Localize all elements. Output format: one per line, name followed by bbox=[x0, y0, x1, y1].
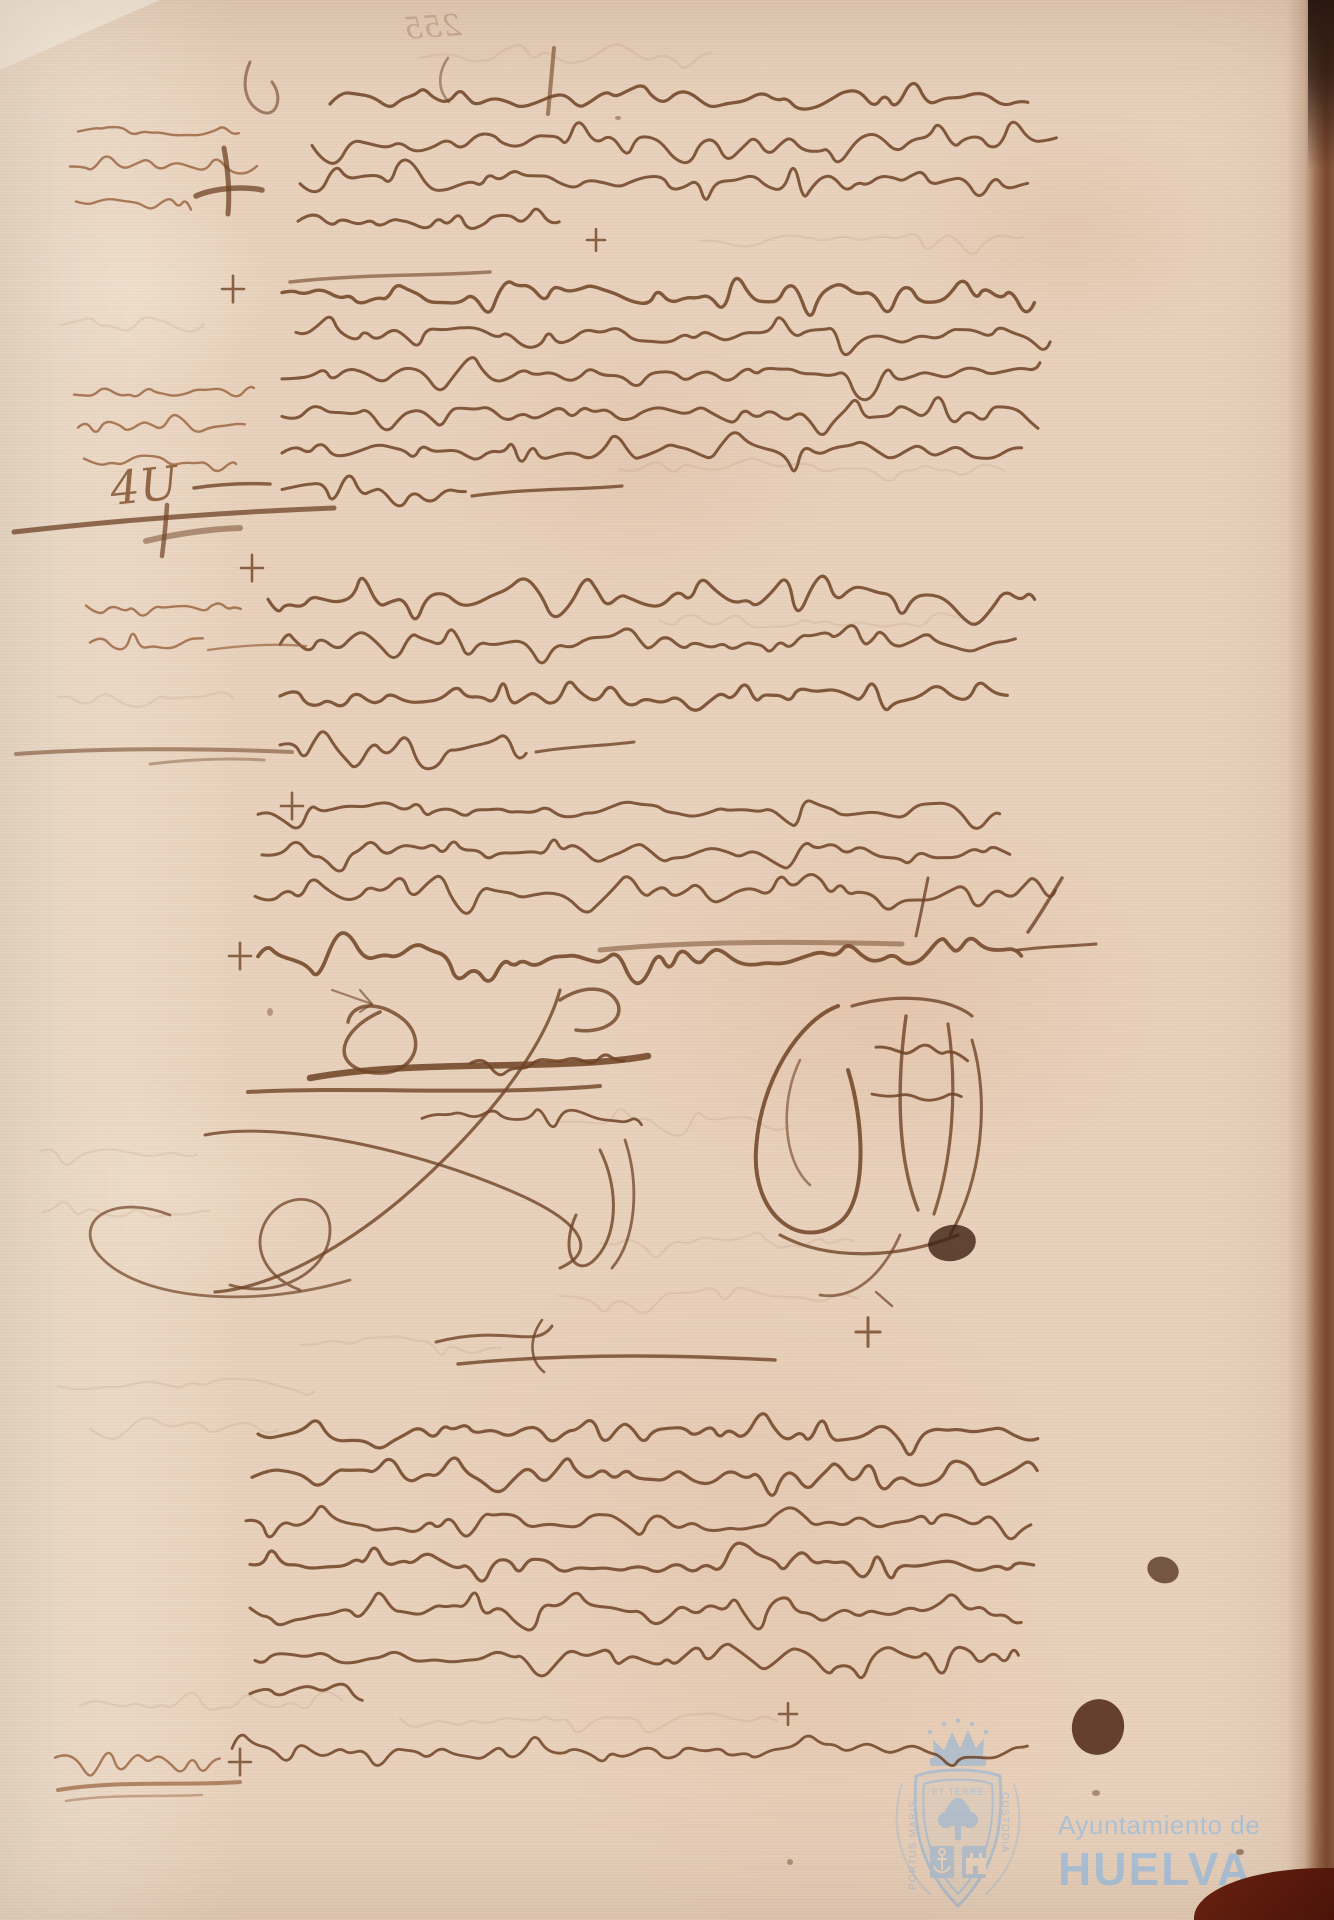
page-vignette bbox=[0, 0, 1334, 1920]
manuscript-page: 255 ET TERRE bbox=[0, 0, 1334, 1920]
